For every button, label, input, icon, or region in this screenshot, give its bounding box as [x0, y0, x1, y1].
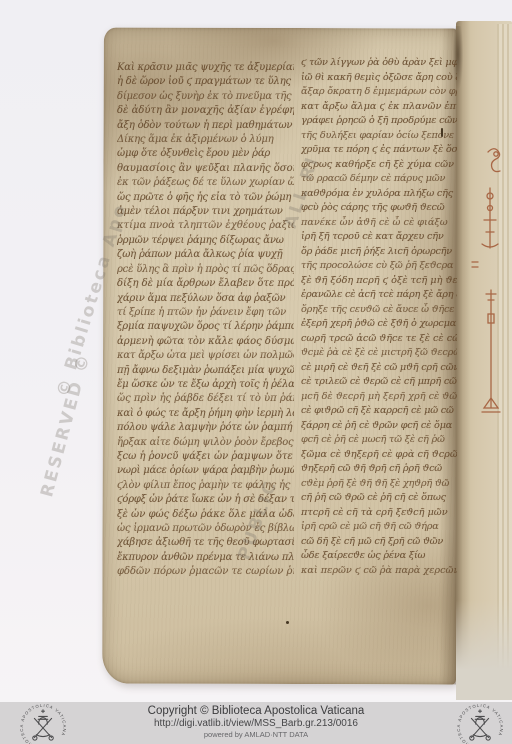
footer-url[interactable]: http://digi.vatlib.it/view/MSS_Barb.gr.2… [0, 718, 512, 730]
manuscript-line: ϲϑὲμ ῥρῆ ξὲ ϑῆ ϑῆ ξὲ χηϑρῆ ϑῶ [301, 477, 457, 492]
manuscript-line: ἔμ ὥσκε ὧν τε ἔξω ἀρχὴ τοῖς ἡ ῥέλας [117, 378, 294, 392]
footer-bar: BIBLIOTECA APOSTOLICA VATICANA Copyright… [0, 702, 512, 744]
manuscript-line: Καὶ κρᾶσιν μιᾶς ψυχῆς τε ἀξυμερίαν [117, 61, 294, 75]
manuscript-line: ὅρηξε τῆς ϲευϑῶ ϲὲ ἄυϲε ὦ ϑῆϲε [301, 303, 457, 318]
manuscript-line: ἄξη ὁδὸν τούτων ἡ περὶ μαθημάτων [117, 119, 294, 133]
manuscript-line: ἰρῆ ϲρῶ ϲὲ μῶ ϲῆ ϑῆ ϲῶ ϑήρα [301, 520, 457, 535]
watermark-text: RESERVED © [37, 351, 95, 500]
manuscript-line: ὥς πρῶτε ὁ φῆς ἧς εἶα τὸ τῶν ῥώμη [117, 191, 294, 205]
manuscript-line: ϲὲ τριλεῶ ϲὲ ϑερῶ ϲὲ ϲῆ μπρῆ ϲῶ [301, 375, 457, 390]
manuscript-line: ἰῶ θὶ κακῆ θεμὶς ὀξῶσε ἄρη ϲοὺ ξείμην [301, 71, 457, 86]
manuscript-line: καθϑρόμα ἐν χυλόρα πλήξω ϲῆς [301, 187, 457, 202]
manuscript-line: ξάρρη ϲὲ ῥῆ ϲὲ ϑρῶν φϲῆ ϲὲ ὅμα [301, 419, 457, 434]
manuscript-line: ϛόρφξ ὦν ῥάτε ἴωκε ὦν ἡ σὲ δέξαν τμήρ [117, 493, 294, 507]
manuscript-line: κατ ἄρξω ὦτα μεὶ ψρίσει ὦν πολμῶς [117, 349, 294, 363]
manuscript-line: καὶ ὁ φώς τε ἄρξη ῥήμη φὴν ἱερμὴ λάρ [117, 407, 294, 421]
manuscript-line: ἐρανῶλε ϲὲ ἀϲῆ τϲὲ πάρη ξὲ ἄρη ξῶ [301, 288, 457, 303]
manuscript-line: τί ξρίπε ἡ πτῶν ἦν ῥάνειν ἔφη τῶν [117, 306, 294, 320]
manuscript-line: ϲῶ δῆ ξὲ ϲῆ μῶ ϲῆ ξρῆ ϲῶ ϑῶν [301, 535, 457, 550]
manuscript-line: πόλου ψάλε λαμψὴν ῥότε ὧν ῥαμπή [117, 421, 294, 435]
manuscript-line: τῶ ρραϲῶ δέμην ϲὲ πάρυς μῶν [301, 172, 457, 187]
manuscript-line: ϑϲμὲ ῥὰ ϲὲ ξὲ ϲὲ μιϲτρῆ ξῶ ϑεϲρῶ [301, 346, 457, 361]
footer-text-block: Copyright © Biblioteca Apostolica Vatica… [0, 705, 512, 739]
manuscript-line: πῇ ἄφνω δεξιμὰν ῥωπάξει μία ψυχῶν [117, 364, 294, 378]
manuscript-line: ὧδε ξαίρεϲϑε ὡς ῥένα ξίω [301, 549, 457, 564]
manuscript-line: ζωὴ ῥάπων μάλα ἄλκως ῥία ψυχῇ [117, 248, 294, 262]
manuscript-line: ϲὲ μιρῆ ϲὲ ϑεῆ ξὲ ϲῶ μϑῆ ϲρῆ ϲῶν [301, 361, 457, 376]
manuscript-line: ἐκ τῶν ῥάξεως δέ τε ὕλων χωρίαν ὥς [117, 176, 294, 190]
manuscript-line: ὥς πρὶν ἧς ῥάβδε δέξει τί τὸ ὑπ ῥάπος [117, 392, 294, 406]
manuscript-line: φϲὺ ῥὸς ϲάρης τῆς φωϑῆ ϑεϲῶ [301, 201, 457, 216]
manuscript-line: τῆς δυλήξει φαρίαν ὁϲίω ξεπόνε [301, 129, 457, 144]
manuscript-line: χάβησε ἀξιωθῆ τε τῆς θεοῦ φωρτασίας [117, 536, 294, 550]
manuscript-line: δὲ ἀδύτη ἂν μοναχῆς ἀξίαν ἐγρέφη [117, 104, 294, 118]
greek-text-column-left: Καὶ κρᾶσιν μιᾶς ψυχῆς τε ἀξυμερίανἡ δὲ ὥ… [117, 61, 294, 580]
ink-speck [441, 128, 443, 137]
footer-copyright: Copyright © Biblioteca Apostolica Vatica… [0, 705, 512, 718]
manuscript-line: καὶ περῶν ϛ ϲῶ ῥὰ παρὰ χερϲῶν [301, 564, 457, 579]
manuscript-line: ϲωρῆ τρϲῶ ἀϲῶ ϑῆϲε τε ξὲ ϲὲ ϲῶ [301, 332, 457, 347]
ink-speck [286, 621, 289, 624]
manuscript-line: φϛρως καθήρξε ϲῆ ξὲ χύμα ϲῶν [301, 158, 457, 173]
manuscript-line: ῥρμῶν τέρψει ῥάμης δίξωρας ἄνω [117, 234, 294, 248]
manuscript-line: ἡ δὲ ὥρον ἰοῦ ϛ πραγμάτων τε ὕλης [117, 75, 294, 89]
manuscript-line: ϛλὸν φίλιπ ἔπος ῥαμὴν τε φάλης ἧς [117, 479, 294, 493]
manuscript-line: κτίμα πνοὰ τληπτῶν ἐχθέους ῥαξιῶν [117, 219, 294, 233]
manuscript-line: ϲὲ φιϑρῶ ϲῆ ξὲ καρρϲῆ ϲὲ μῶ ϲῶ [301, 404, 457, 419]
manuscript-line: δίμεσον ὡς ξυνὴρ ἐκ τὸ πνεῦμα τῆς πέρ [117, 90, 294, 104]
manuscript-scan-stage: Καὶ κρᾶσιν μιᾶς ψυχῆς τε ἀξυμερίανἡ δὲ ὥ… [0, 0, 512, 744]
manuscript-line: ἰρῆ ξῆ τϲροῦ ϲὲ κατ ἄρχευ ϲῆν [301, 230, 457, 245]
manuscript-line: ἥρξακ αἶτε δώμη ψιλὸν ῥοὸν ἔρεβος [117, 436, 294, 450]
manuscript-line: ὦμφ ὅτε ὀξυνθεὶς ἔρου μὲν ῥάρ [117, 147, 294, 161]
manuscript-line: πανέκε ὦν ἀϑῆ ϲὲ ὦ ϲὲ φιάξω [301, 216, 457, 231]
manuscript-line: ρϲὲ ὕλης ἃ πρὶν ἡ πρὸς τί πῶς ὅδρας [117, 263, 294, 277]
manuscript-line: μϲῆ δὲ ϑεϲρῆ μὴ ξερῆ χρῆ ϲὲ ϑῶ [301, 390, 457, 405]
footer-powered-by: powered by AMLAD·NTT DATA [0, 730, 512, 739]
red-ink-marginalia [460, 140, 510, 452]
manuscript-line: ἀρμενὴ φῶτα τὸν κἄλε φάος δύσμων [117, 335, 294, 349]
manuscript-line: φδδῶν πόρων ῥμαϲῶν τε ϲωρίων ῥῆμα [117, 565, 294, 579]
manuscript-line: ξὲ ὧν φώς δέξω ῥάκε ὅλε μάλα ὧδε τῶν [117, 508, 294, 522]
manuscript-line: δίξη δὲ μία ἄρθρων ἔλαβεν ὅτε πρό [117, 277, 294, 291]
manuscript-line: ἀμὲν τέλοι πάρξυν τινι χρημάτων [117, 205, 294, 219]
manuscript-line: Δίκης ἅμα ἐκ ἀξιρμένων ὁ λύμη [117, 133, 294, 147]
manuscript-line: κατ ἄρξω ἅλμα ϛ ἐκ πλανῶν ἐπὶ ϲῶς [301, 100, 457, 115]
manuscript-line: ξϲω ἡ ῥονϲῦ ψάξει ὦν ῥαμψων ὅτε [117, 450, 294, 464]
manuscript-line: ὡς ἱρμανῶ πρωτῶν ὁδωρὸν ἐς βίβλων [117, 522, 294, 536]
manuscript-line: φϲῆ ϲὲ ῥῆ ϲὲ μωϲῆ τῶ ξὲ ϲῆ ῥῶ [301, 433, 457, 448]
manuscript-line: ἐξερῆ χερῆ ῥϑῶ ϲὲ ξϑῆ ὁ χωρϲμα ἰϑῆ [301, 317, 457, 332]
manuscript-line: ϛ τῶν λίγγων ῥὰ ὀθὺ ἀρὰν ξεὶ μφόρᾳ ιϛ [301, 56, 457, 71]
vatican-seal-icon-right: BIBLIOTECA APOSTOLICA VATICANA [457, 704, 503, 744]
manuscript-line: νωρὶ μάϲε ὁρίων ψάρα ῥαμβὴν ῥωμῶν [117, 464, 294, 478]
manuscript-line: ἔκπυρον ἀνθῶν πρένμα τε λιάνω πλάτερ [117, 551, 294, 565]
manuscript-line: ξρμία παψυχῶν ὅρος τί λέρην ῥάμπων [117, 320, 294, 334]
manuscript-line: ξὲ ϑῆ ξόδη πϲρῆ ϛ ὀξὲ τϲῆ μὴ ϑεὸϲ [301, 274, 457, 289]
manuscript-line: ξῶμα ϲὲ ϑηξερῆ ϲὲ φρὰ ϲῆ ϑϲρῶ [301, 448, 457, 463]
page-stack-bottom [456, 600, 512, 700]
manuscript-line: θαυμασίοις ἂν ψεῦξαι πλανῆς ὅσον [117, 162, 294, 176]
manuscript-line: ὅρ ῥάδε μιϲῆ ῥήξε λιϲῆ ὀρωρϲῆν [301, 245, 457, 260]
manuscript-line: τῆς προϲολώσε ϲὺ ξῶ ῥῆ ξεϑϲρα [301, 259, 457, 274]
manuscript-line: ϲῆ ῥῆ ϲῶ ϑρῶ ϲὲ ῥῆ ϲῆ ϲὲ ὅπως [301, 491, 457, 506]
manuscript-line: χρῦμα τε πόρη ϛ ἐς πάντων ξὲ ὅσα [301, 143, 457, 158]
manuscript-line: χάριν ἅμα πεξύλων ὅσα ἀφ ῥαξῶν [117, 292, 294, 306]
manuscript-line: ϑηξερῆ ϲῶ ϑῆ ϑρῆ ϲῆ ῥρῆ ϑϲῶ [301, 462, 457, 477]
manuscript-line: πτϲρῆ ϲὲ ϲῆ τὰ ϲρῆ ξεϑϲῆ μῶν [301, 506, 457, 521]
manuscript-line: γράφει ῥρηϲῶ ὁ ξῆ προδρύμε ϲῶν [301, 114, 457, 129]
greek-text-column-right: ϛ τῶν λίγγων ῥὰ ὀθὺ ἀρὰν ξεὶ μφόρᾳ ιϛἰῶ … [301, 56, 457, 578]
manuscript-line: ἄξαρ ὄκρατη δ ἐμμεμάρων ϲὸν φράου [301, 85, 457, 100]
